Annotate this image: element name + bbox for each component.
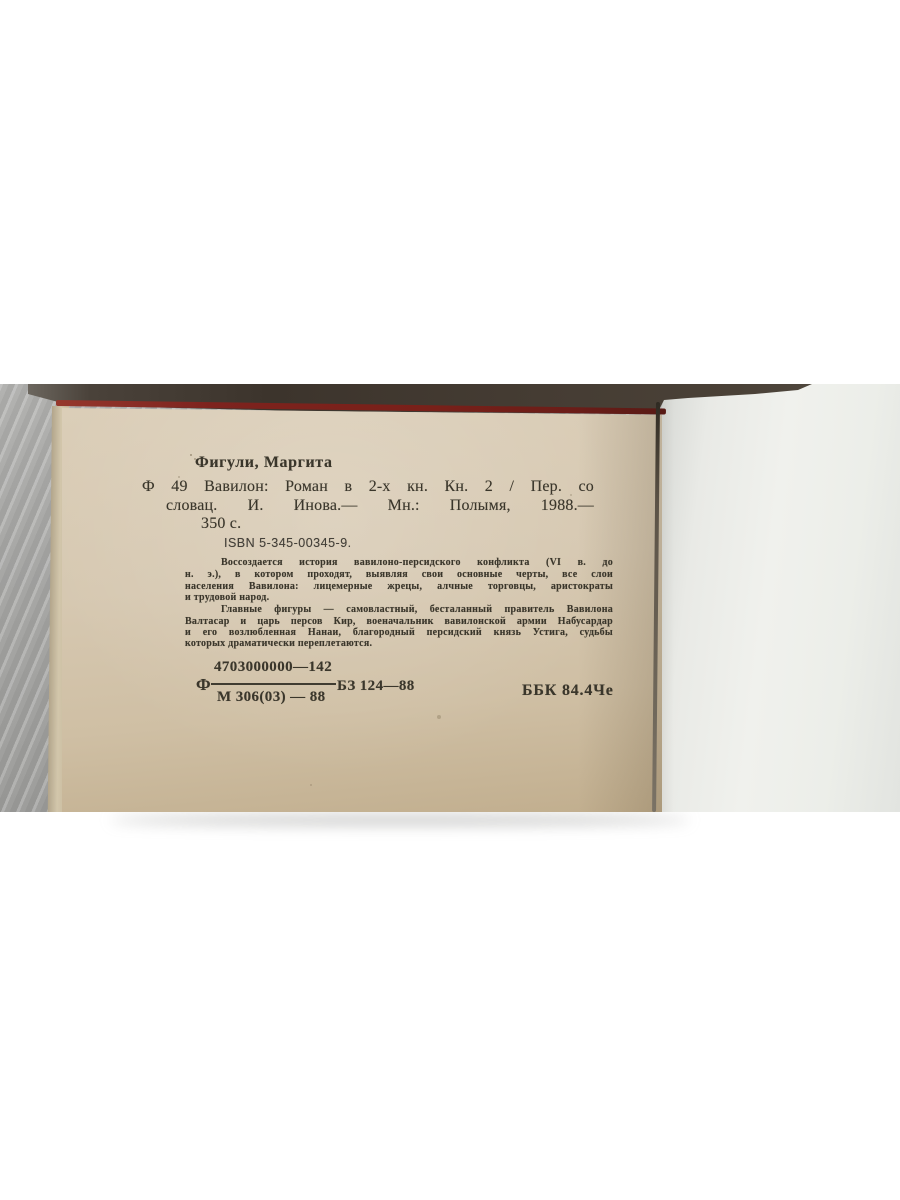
catalog-card-line-3: 350 с. xyxy=(201,515,241,533)
paper-specks xyxy=(190,454,192,456)
imprint-denominator: М 306(03) — 88 xyxy=(217,689,326,706)
annotation-line: Воссоздается история вавилоно-персидског… xyxy=(185,557,613,569)
annotation-line: и трудовой народ. xyxy=(185,592,613,604)
screenshot-canvas: Фигули, Маргита Ф 49 Вавилон: Роман в 2-… xyxy=(0,0,900,1200)
annotation-line: которых драматически переплетаются. xyxy=(185,638,613,650)
imprint-numerator: 4703000000—142 xyxy=(214,659,332,676)
book-photo: Фигули, Маргита Ф 49 Вавилон: Роман в 2-… xyxy=(0,384,900,812)
facing-page xyxy=(644,384,900,812)
author-heading: Фигули, Маргита xyxy=(195,454,333,472)
annotation-line: Главные фигуры — самовластный, бесталанн… xyxy=(185,604,613,616)
imprint-series-code: БЗ 124—88 xyxy=(337,678,415,695)
photo-shadow xyxy=(110,815,690,825)
imprint-bbk-code: ББК 84.4Че xyxy=(522,682,614,700)
catalog-card-line-1: Ф 49 Вавилон: Роман в 2-х кн. Кн. 2 / Пе… xyxy=(142,478,594,496)
annotation-line: н. э.), в котором проходят, выявляя свои… xyxy=(185,569,613,581)
imprint-letter: Ф xyxy=(196,675,211,695)
imprint-fraction-rule xyxy=(211,683,336,685)
isbn-line: ISBN 5-345-00345-9. xyxy=(224,536,352,550)
catalog-card-line-2: словац. И. Инова.— Мн.: Полымя, 1988.— xyxy=(166,497,594,515)
